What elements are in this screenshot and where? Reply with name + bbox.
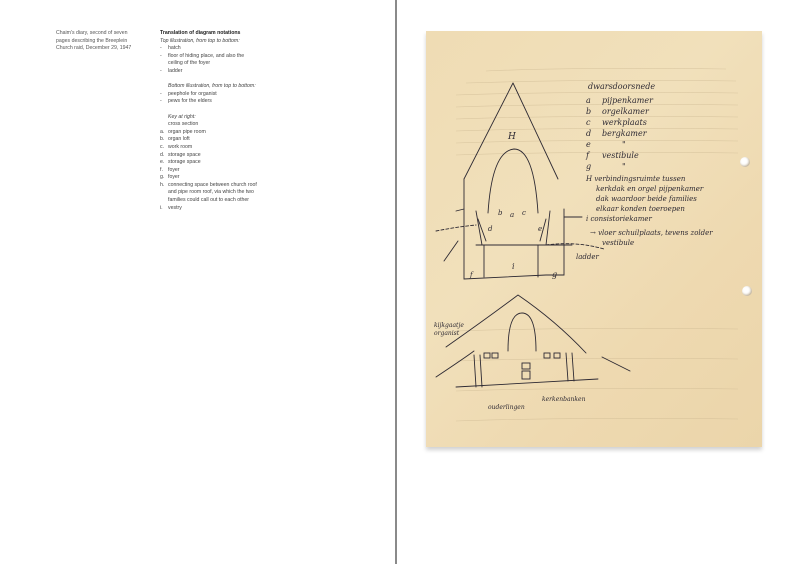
svg-text:": "	[622, 140, 626, 149]
svg-text:i: i	[512, 262, 515, 271]
list-item: -pews for the elders	[160, 98, 265, 106]
list-item-continuation: ceiling of the foyer	[160, 60, 265, 68]
key-item: d.storage space	[160, 152, 265, 160]
svg-text:b: b	[498, 209, 503, 217]
svg-text:ladder: ladder	[576, 253, 600, 261]
svg-text:a: a	[586, 96, 591, 105]
svg-text:a: a	[510, 211, 514, 219]
key-subheading: cross section	[160, 121, 265, 129]
caption-line: Chaim's diary, second of seven	[56, 30, 146, 38]
key-item: families could call out to each other	[160, 197, 265, 205]
svg-text:": "	[622, 162, 626, 171]
svg-text:bergkamer: bergkamer	[602, 129, 648, 138]
svg-text:d: d	[488, 225, 493, 233]
caption-line: pages describing the Breeplein	[56, 38, 146, 46]
key-item: e.storage space	[160, 159, 265, 167]
key-item: b.organ loft	[160, 136, 265, 144]
svg-text:dak waardoor beide families: dak waardoor beide families	[596, 195, 697, 203]
list-item: -ladder	[160, 68, 265, 76]
key-item: f.foyer	[160, 167, 265, 175]
translation-notes: Translation of diagram notations Top ill…	[160, 30, 265, 212]
bottom-illustration-heading: Bottom illustration, from top to bottom:	[160, 83, 265, 91]
svg-text:b: b	[586, 107, 591, 116]
svg-text:f: f	[469, 271, 474, 279]
key-item: c.work room	[160, 144, 265, 152]
punch-hole	[742, 286, 752, 296]
svg-text:organist: organist	[434, 330, 460, 337]
list-item: -floor of hiding place, and also the	[160, 53, 265, 61]
key-item: i.vestry	[160, 205, 265, 213]
svg-text:werkplaats: werkplaats	[602, 118, 647, 127]
svg-text:i consistoriekamer: i consistoriekamer	[586, 215, 652, 223]
diary-page-scan: H a b c d e i f g dwarsdoo	[426, 31, 762, 447]
notes-title: Translation of diagram notations	[160, 30, 265, 38]
list-item: -hatch	[160, 45, 265, 53]
key-heading: Key at right:	[160, 114, 265, 122]
caption-line: Church raid, December 29, 1947	[56, 45, 146, 53]
svg-text:H: H	[507, 132, 516, 142]
svg-text:e: e	[586, 140, 591, 149]
key-item: and pipe room roof, via which the two	[160, 189, 265, 197]
book-spread: Chaim's diary, second of seven pages des…	[0, 0, 792, 564]
key-item: a.organ pipe room	[160, 129, 265, 137]
svg-text:vestibule: vestibule	[602, 151, 639, 160]
svg-text:kerkdak en orgel pijpenkamer: kerkdak en orgel pijpenkamer	[596, 185, 704, 193]
svg-text:d: d	[586, 129, 591, 138]
svg-text:elkaar konden toeroepen: elkaar konden toeroepen	[596, 205, 685, 213]
svg-text:e: e	[538, 225, 542, 233]
figure-caption: Chaim's diary, second of seven pages des…	[56, 30, 146, 53]
svg-text:kijkgaatje: kijkgaatje	[434, 322, 464, 329]
key-item: g.foyer	[160, 174, 265, 182]
punch-hole	[740, 157, 750, 167]
svg-text:g: g	[552, 270, 557, 279]
key-item: h.connecting space between church roof	[160, 182, 265, 190]
svg-text:dwarsdoorsnede: dwarsdoorsnede	[588, 82, 655, 91]
svg-text:pijpenkamer: pijpenkamer	[602, 96, 654, 105]
key-list: a.organ pipe roomb.organ loftc.work room…	[160, 129, 265, 213]
diary-sketch: H a b c d e i f g dwarsdoo	[426, 31, 762, 447]
svg-text:H verbindingsruimte tussen: H verbindingsruimte tussen	[585, 175, 686, 183]
svg-text:ouderlingen: ouderlingen	[488, 404, 525, 411]
svg-text:c: c	[522, 209, 526, 217]
top-illustration-heading: Top illustration, from top to bottom:	[160, 38, 265, 46]
list-item: -peephole for organist	[160, 91, 265, 99]
page-gutter	[395, 0, 397, 564]
svg-text:orgelkamer: orgelkamer	[602, 107, 650, 116]
svg-text:c: c	[586, 118, 591, 127]
svg-text:vestibule: vestibule	[602, 239, 634, 247]
svg-text:g: g	[586, 162, 591, 171]
svg-text:kerkenbanken: kerkenbanken	[542, 396, 586, 403]
svg-text:→ vloer schuilplaats, tevens z: → vloer schuilplaats, tevens zolder	[590, 229, 713, 237]
